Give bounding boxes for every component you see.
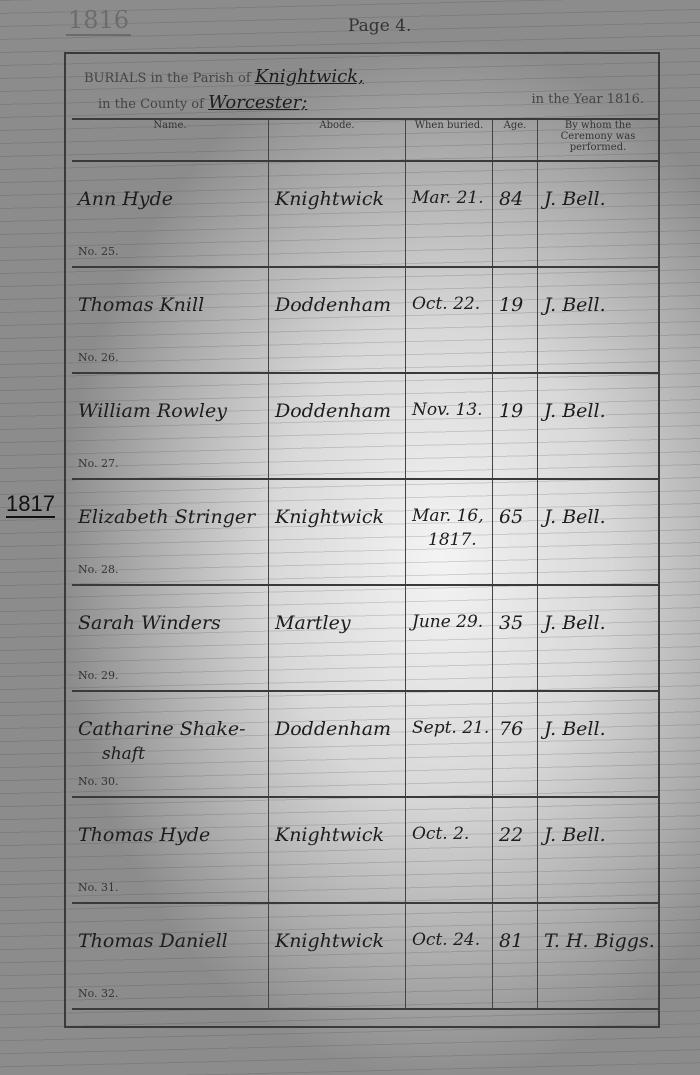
margin-year-1817: 1817 (6, 492, 55, 518)
entry-date-year: 1817. (428, 530, 477, 550)
entry-name: Elizabeth Stringer (78, 506, 255, 528)
entry-age: 76 (499, 718, 523, 740)
table-row: Elizabeth StringerNo. 28. Knightwick Mar… (72, 479, 658, 585)
entry-number: No. 25. (78, 245, 119, 258)
entry-number: No. 30. (78, 775, 119, 788)
margin-year-1816: 1816 (66, 6, 131, 36)
entry-abode: Knightwick (275, 188, 384, 210)
entry-officiant: T. H. Biggs. (544, 930, 655, 952)
col-age: Age. (493, 119, 538, 161)
register-year: in the Year 1816. (531, 92, 644, 107)
county-prefix: in the County of (98, 97, 204, 112)
entry-age: 19 (499, 400, 523, 422)
entry-officiant: J. Bell. (544, 824, 606, 846)
entry-date: Oct. 24. (412, 930, 480, 950)
entry-officiant: J. Bell. (544, 718, 606, 740)
entry-date: Oct. 2. (412, 824, 469, 844)
entry-name: Thomas Knill (78, 294, 204, 316)
entry-age: 84 (499, 188, 523, 210)
entry-abode: Martley (275, 612, 351, 634)
table-row: Sarah WindersNo. 29. Martley June 29. 35… (72, 585, 658, 691)
burial-register: BURIALS in the Parish of Knightwick, in … (64, 52, 660, 1028)
burials-table: Name. Abode. When buried. Age. By whom t… (72, 118, 658, 1010)
page-number: Page 4. (348, 16, 411, 36)
heading-prefix: BURIALS in the Parish of (84, 71, 251, 86)
entry-abode: Doddenham (275, 400, 391, 422)
table-row: Thomas KnillNo. 26. Doddenham Oct. 22. 1… (72, 267, 658, 373)
entry-abode: Doddenham (275, 294, 391, 316)
entry-age: 65 (499, 506, 523, 528)
col-abode: Abode. (269, 119, 406, 161)
table-row: Ann HydeNo. 25. Knightwick Mar. 21. 84 J… (72, 161, 658, 267)
entry-name-cont: shaft (102, 744, 145, 764)
parish-name: Knightwick, (255, 66, 364, 87)
table-row: Thomas HydeNo. 31. Knightwick Oct. 2. 22… (72, 797, 658, 903)
entry-age: 19 (499, 294, 523, 316)
entry-date: Mar. 16, (412, 506, 484, 526)
entry-name: William Rowley (78, 400, 227, 422)
entry-officiant: J. Bell. (544, 188, 606, 210)
entry-date: June 29. (412, 612, 483, 632)
register-heading: BURIALS in the Parish of Knightwick, in … (80, 58, 648, 118)
entry-number: No. 29. (78, 669, 119, 682)
entry-age: 81 (499, 930, 523, 952)
county-name: Worcester; (208, 92, 307, 113)
entry-date: Mar. 21. (412, 188, 484, 208)
entry-date: Nov. 13. (412, 400, 483, 420)
entry-officiant: J. Bell. (544, 612, 606, 634)
entry-number: No. 28. (78, 563, 119, 576)
col-officiant: By whom the Ceremony was performed. (538, 119, 659, 161)
entry-officiant: J. Bell. (544, 506, 606, 528)
entry-name: Catharine Shake- (78, 718, 246, 740)
entry-number: No. 27. (78, 457, 119, 470)
table-row: Thomas DaniellNo. 32. Knightwick Oct. 24… (72, 903, 658, 1009)
entry-abode: Knightwick (275, 930, 384, 952)
entry-date: Oct. 22. (412, 294, 480, 314)
entry-name: Thomas Hyde (78, 824, 210, 846)
entry-officiant: J. Bell. (544, 294, 606, 316)
entry-number: No. 26. (78, 351, 119, 364)
col-when-buried: When buried. (406, 119, 493, 161)
entry-name: Ann Hyde (78, 188, 173, 210)
entry-abode: Knightwick (275, 824, 384, 846)
entry-abode: Doddenham (275, 718, 391, 740)
entry-name: Sarah Winders (78, 612, 221, 634)
entry-name: Thomas Daniell (78, 930, 228, 952)
entry-age: 22 (499, 824, 523, 846)
entry-number: No. 32. (78, 987, 119, 1000)
table-row: William RowleyNo. 27. Doddenham Nov. 13.… (72, 373, 658, 479)
entry-number: No. 31. (78, 881, 119, 894)
entry-abode: Knightwick (275, 506, 384, 528)
entry-age: 35 (499, 612, 523, 634)
entry-date: Sept. 21. (412, 718, 489, 738)
table-row: Catharine Shake-shaftNo. 30. Doddenham S… (72, 691, 658, 797)
col-name: Name. (72, 119, 269, 161)
entry-officiant: J. Bell. (544, 400, 606, 422)
